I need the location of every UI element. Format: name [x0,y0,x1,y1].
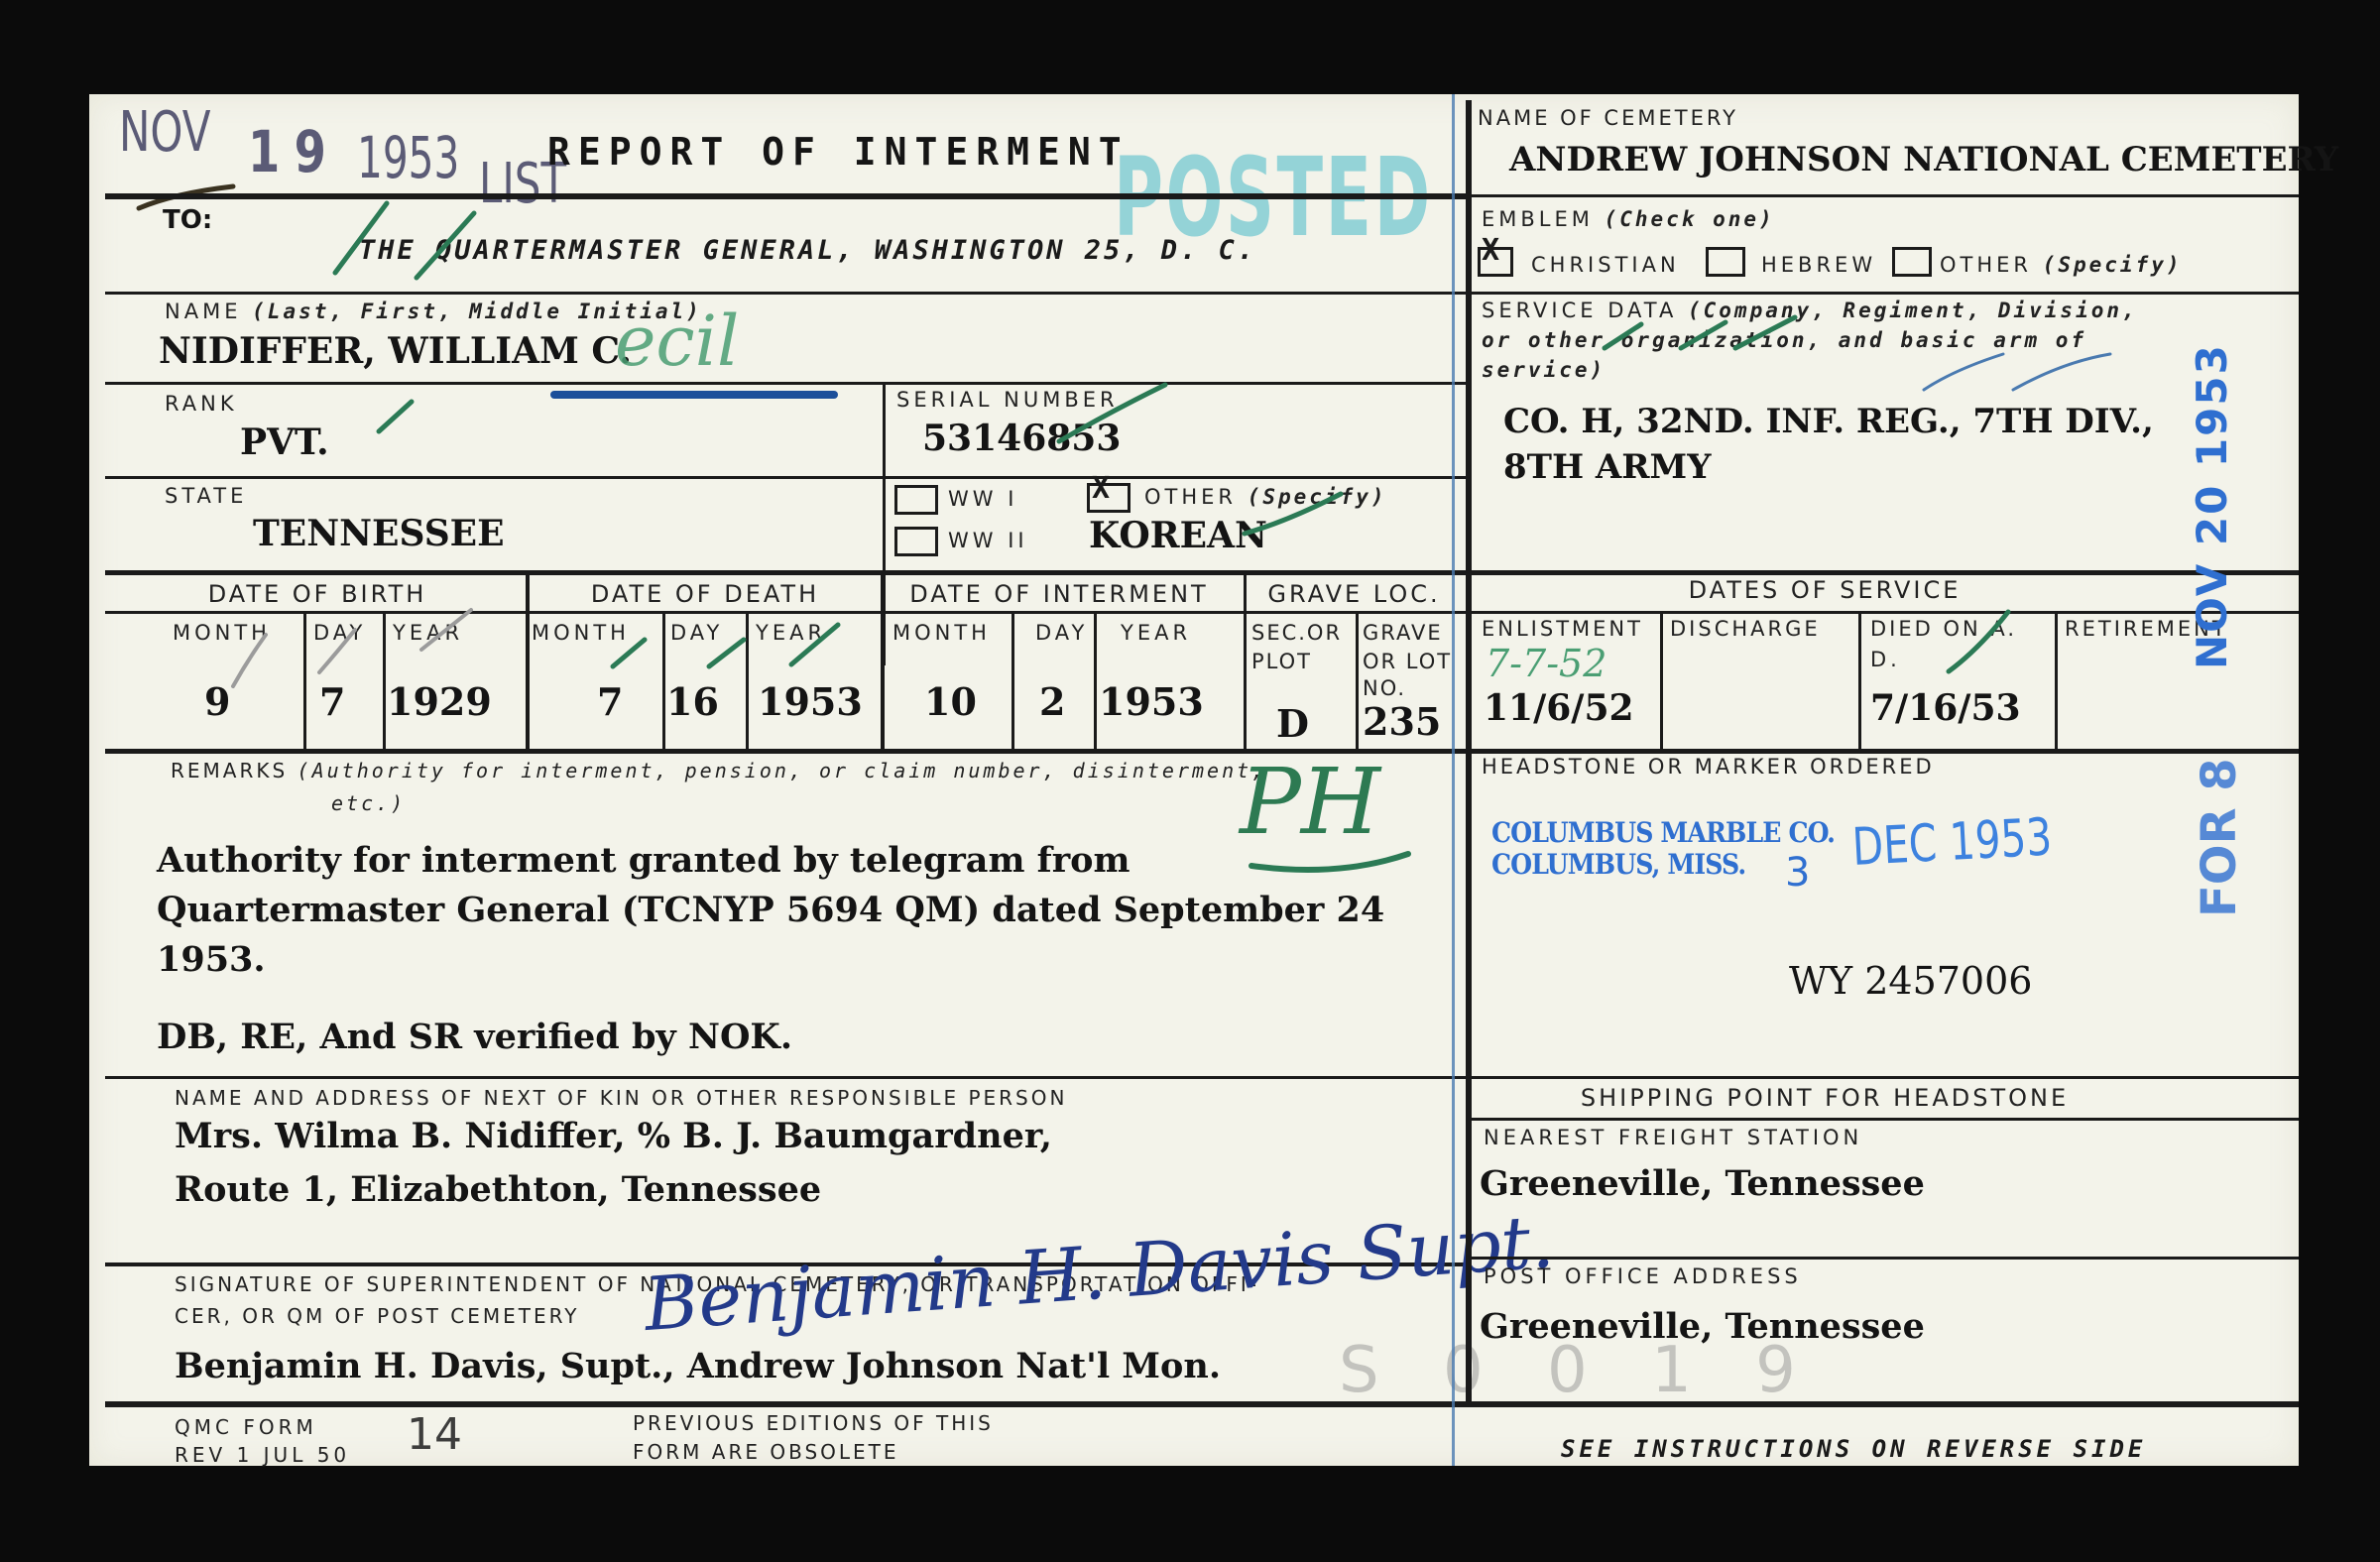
handwritten-check-marks [89,94,2299,1466]
interment-report-card: NOV 19 1953 LIST REPORT OF INTERMENT POS… [89,94,2299,1466]
